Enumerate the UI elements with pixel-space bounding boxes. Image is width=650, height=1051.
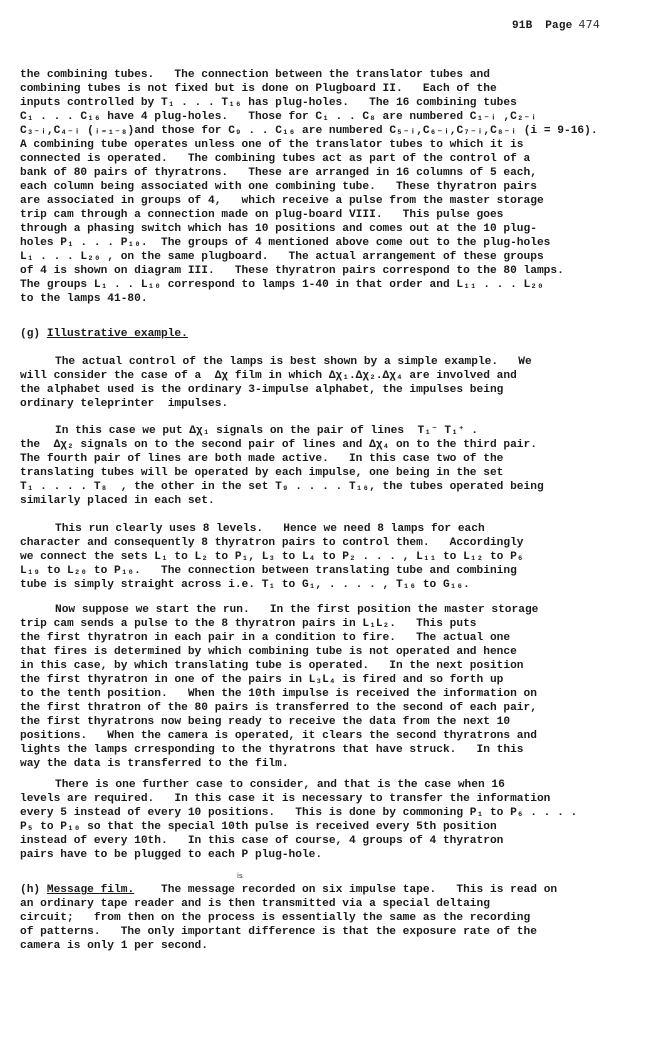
text-line: connected is operated. The combining tub…: [20, 152, 530, 166]
page-header: 91B Page474: [512, 18, 606, 32]
text-line: L₁ . . . L₂₀ , on the same plugboard. Th…: [20, 250, 544, 264]
text-line: each column being associated with one co…: [20, 180, 537, 194]
section-title: Illustrative example.: [47, 328, 188, 340]
section-marker: (h): [20, 884, 40, 896]
text-line: trip cam sends a pulse to the 8 thyratro…: [20, 617, 477, 631]
text-line: The fourth pair of lines are both made a…: [20, 452, 503, 466]
text-line: combining tubes is not fixed but is done…: [20, 82, 497, 96]
section-g-heading: (g) Illustrative example.: [20, 327, 188, 341]
text-line: that fires is determined by which combin…: [20, 645, 517, 659]
text-line: pairs have to be plugged to each P plug-…: [20, 848, 322, 862]
document-id: 91B: [512, 20, 532, 32]
text-line: inputs controlled by T₁ . . . T₁₆ has pl…: [20, 96, 517, 110]
text-line: L₁₉ to L₂₀ to P₁₀. The connection betwee…: [20, 564, 517, 578]
text-line: A combining tube operates unless one of …: [20, 138, 524, 152]
text-line: holes P₁ . . . P₁₀. The groups of 4 ment…: [20, 236, 550, 250]
text-line: trip cam through a connection made on pl…: [20, 208, 503, 222]
document-page: 91B Page474 the combining tubes. The con…: [0, 0, 650, 1051]
text-line: the combining tubes. The connection betw…: [20, 68, 490, 82]
text-line: to the tenth position. When the 10th imp…: [20, 687, 537, 701]
text-line: we connect the sets L₁ to L₂ to P₁, L₃ t…: [20, 550, 524, 564]
text-line: way the data is transferred to the film.: [20, 757, 289, 771]
text-line: camera is only 1 per second.: [20, 939, 208, 953]
text-line: the first thyratron in one of the pairs …: [20, 673, 503, 687]
section-title: Message film.: [47, 884, 134, 896]
text-line: There is one further case to consider, a…: [55, 778, 505, 792]
text-line: lights the lamps crresponding to the thy…: [20, 743, 524, 757]
text-line: C₃₋ᵢ,C₄₋ᵢ (ᵢ₌₁₋₈)and those for C₉ . . C₁…: [20, 124, 598, 138]
text-line: levels are required. In this case it is …: [20, 792, 550, 806]
text-line: The actual control of the lamps is best …: [55, 355, 532, 369]
text-line: C₁ . . . C₁₆ have 4 plug-holes. Those fo…: [20, 110, 537, 124]
text-line: This run clearly uses 8 levels. Hence we…: [55, 522, 485, 536]
text-line: in this case, by which translating tube …: [20, 659, 524, 673]
text-line: of 4 is shown on diagram III. These thyr…: [20, 264, 564, 278]
text-line: the first thyratron in each pair in a co…: [20, 631, 510, 645]
text-line: T₁ . . . . T₈ , the other in the set T₉ …: [20, 480, 544, 494]
page-number: 474: [578, 18, 600, 31]
text-line: the first thratron of the 80 pairs is tr…: [20, 701, 537, 715]
handwritten-insertion: is: [237, 872, 243, 880]
text-line: of patterns. The only important differen…: [20, 925, 537, 939]
text-line: are associated in groups of 4, which rec…: [20, 194, 544, 208]
text-line: every 5 instead of every 10 positions. T…: [20, 806, 577, 820]
text-line: the alphabet used is the ordinary 3-impu…: [20, 383, 503, 397]
text-line: translating tubes will be operated by ea…: [20, 466, 503, 480]
text-line: the Δχ₂ signals on to the second pair of…: [20, 438, 537, 452]
text-line: tube is simply straight across i.e. T₁ t…: [20, 578, 470, 592]
section-marker: (g): [20, 328, 40, 340]
text-fragment: The message recorded on six impulse tape…: [161, 884, 557, 896]
text-line: bank of 80 pairs of thyratrons. These ar…: [20, 166, 537, 180]
text-line: Now suppose we start the run. In the fir…: [55, 603, 538, 617]
text-line: ordinary teleprinter impulses.: [20, 397, 228, 411]
page-label: Page: [545, 20, 572, 32]
text-line: positions. When the camera is operated, …: [20, 729, 537, 743]
text-line: instead of every 10th. In this case of c…: [20, 834, 503, 848]
text-line: circuit; from then on the process is ess…: [20, 911, 530, 925]
text-line: through a phasing switch which has 10 po…: [20, 222, 537, 236]
text-line: the first thyratrons now being ready to …: [20, 715, 510, 729]
text-line: character and consequently 8 thyratron p…: [20, 536, 524, 550]
text-line: will consider the case of a Δχ film in w…: [20, 369, 517, 383]
text-line: In this case we put Δχ₁ signals on the p…: [55, 424, 478, 438]
text-line: (h) Message film. The message recorded o…: [20, 883, 557, 897]
text-line: P₅ to P₁₀ so that the special 10th pulse…: [20, 820, 497, 834]
text-line: to the lamps 41-80.: [20, 292, 148, 306]
text-line: an ordinary tape reader and is then tran…: [20, 897, 490, 911]
text-line: similarly placed in each set.: [20, 494, 215, 508]
text-line: The groups L₁ . . L₁₀ correspond to lamp…: [20, 278, 544, 292]
